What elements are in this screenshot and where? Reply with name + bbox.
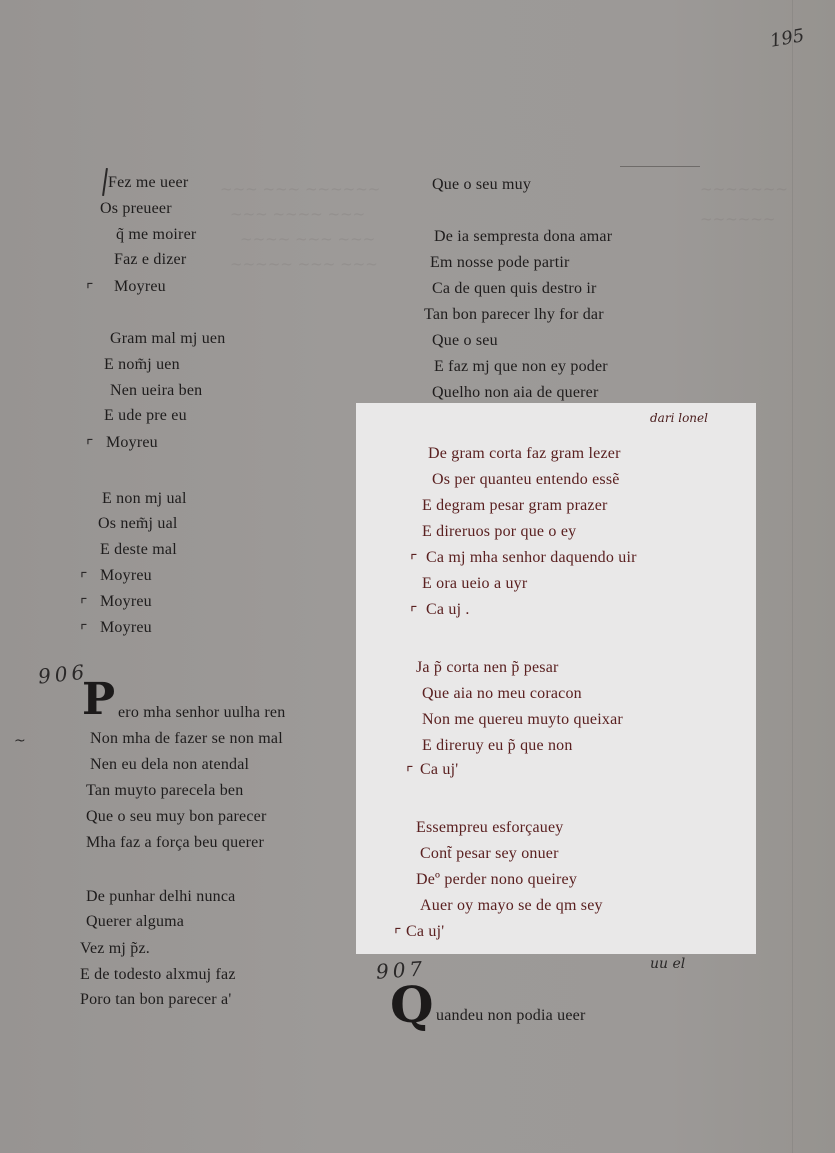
verse-line: E deste mal [100, 541, 177, 559]
verse-line: Non me quereu muyto queixar [422, 711, 623, 729]
verse-line: E direruy eu p̃ que non [422, 737, 573, 755]
verse-line: Poro tan bon parecer a' [80, 991, 231, 1009]
verse-line: Essempreu esforçauey [416, 819, 564, 837]
folio-number: 195 [768, 25, 805, 52]
verse-line: E ora ueio a uyr [422, 575, 527, 593]
verse-line: Que aia no meu coracon [422, 685, 582, 703]
verse-line: Auer oy mayo se de qm sey [420, 897, 603, 915]
verse-line: q̃ me moirer [116, 226, 196, 244]
show-through-text: ~~~~~~~ [700, 180, 788, 198]
verse-line: Nen eu dela non atendal [90, 756, 249, 774]
verse-line: Os nem̃j ual [98, 515, 178, 533]
paragraph-mark: ⌜ [394, 925, 402, 944]
paragraph-mark: ⌜ [410, 551, 418, 570]
verse-line: Tan bon parecer lhy for dar [424, 306, 604, 324]
verse-line: E nom̃j uen [104, 356, 180, 374]
verse-line: E degram pesar gram prazer [422, 497, 608, 515]
verse-line: Em nosse pode partir [430, 254, 570, 272]
verse-line: Moyreu [100, 593, 152, 611]
verse-line: Moyreu [106, 434, 158, 452]
verse-line: Faz e dizer [114, 251, 186, 269]
verse-line: Ca uj' [420, 761, 458, 779]
verse-line: De gram corta faz gram lezer [428, 445, 621, 463]
verse-line: E faz mj que non ey poder [434, 358, 608, 376]
show-through-text: ~~~ ~~~ ~~~~~~ [220, 180, 380, 198]
verse-line: Querer alguma [86, 913, 184, 931]
verse-line: E direruos por que o ey [422, 523, 576, 541]
verse-line: Moyreu [114, 278, 166, 296]
verse-line: De ia sempresta dona amar [434, 228, 612, 246]
verse-line: Non mha de fazer se non mal [90, 730, 283, 748]
verse-line: Os per quanteu entendo essẽ [432, 471, 620, 489]
manuscript-page: ~~~ ~~~ ~~~~~~ ~~~ ~~~~ ~~~ ~~~~ ~~~ ~~~… [0, 0, 835, 1153]
verse-line: Cont̃ pesar sey onuer [420, 845, 559, 863]
verse-line: E ude pre eu [104, 407, 187, 425]
verse-line: Moyreu [100, 567, 152, 585]
verse-line: Deº perder nono queirey [416, 871, 577, 889]
decorated-initial: P [82, 678, 115, 722]
paragraph-mark: ⌜ [410, 603, 418, 622]
verse-line: Ca mj mha senhor daquendo uir [426, 549, 637, 567]
verse-line: Ca de quen quis destro ir [432, 280, 597, 298]
verse-line: Ca uj' [406, 923, 444, 941]
margin-note: dari lonel [650, 411, 708, 425]
verse-line: Tan muyto parecela ben [86, 782, 243, 800]
verse-line: Que o seu muy [432, 176, 531, 194]
paragraph-mark: ⌜ [80, 569, 88, 588]
verse-line: Fez me ueer [108, 174, 188, 192]
ruling-line [620, 166, 700, 167]
paragraph-mark: ⌜ [406, 763, 414, 782]
verse-line: E non mj ual [102, 490, 187, 508]
paragraph-mark: ⌜ [86, 436, 94, 455]
decorated-initial: Q [390, 980, 434, 1030]
verse-line: ero mha senhor uulha ren [118, 704, 285, 722]
page-edge [792, 0, 793, 1153]
paragraph-mark: ⌜ [80, 595, 88, 614]
verse-line: Que o seu muy bon parecer [86, 808, 267, 826]
verse-line: Que o seu [432, 332, 498, 350]
show-through-text: ~~~~ ~~~ ~~~ [240, 230, 375, 248]
verse-line: Vez mj p̃z. [80, 940, 150, 958]
verse-line: Os preueer [100, 200, 172, 218]
verse-line: Quelho non aia de querer [432, 384, 599, 402]
verse-line: Ca uj . [426, 601, 470, 619]
verse-line: uandeu non podia ueer [436, 1007, 585, 1025]
highlighted-region: dari lonel De gram corta faz gram lezer … [356, 403, 756, 954]
paragraph-mark: ⌜ [86, 280, 94, 299]
show-through-text: ~~~~~~ [700, 210, 775, 228]
show-through-text: ~~~ ~~~~ ~~~ [230, 205, 365, 223]
paragraph-mark: ⌜ [80, 621, 88, 640]
show-through-text: ~~~~~ ~~~ ~~~ [230, 255, 378, 273]
margin-note: uu el [650, 956, 685, 972]
verse-line: Gram mal mj uen [110, 330, 225, 348]
verse-line: De punhar delhi nunca [86, 888, 235, 906]
verse-line: E de todesto alxmuj faz [80, 966, 236, 984]
verse-line: Nen ueira ben [110, 382, 202, 400]
verse-line: Mha faz a força beu querer [86, 834, 264, 852]
verse-line: Moyreu [100, 619, 152, 637]
margin-mark: ~ [14, 733, 26, 749]
verse-line: Ja p̃ corta nen p̃ pesar [416, 659, 559, 677]
